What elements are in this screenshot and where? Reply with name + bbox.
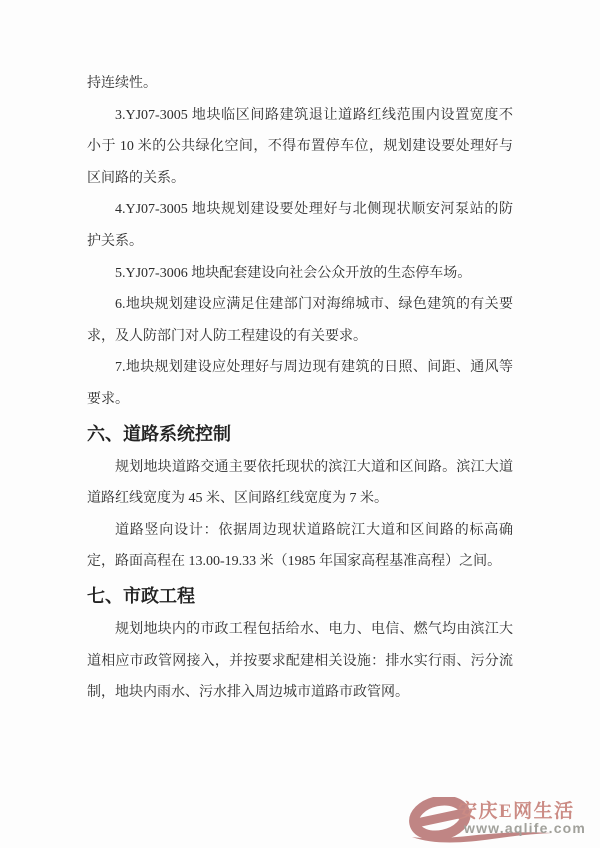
paragraph: 4.YJ07-3005 地块规划建设要处理好与北侧现状顺安河泵站的防 护关系。 [87,194,513,257]
paragraph-line: 小于 10 米的公共绿化空间，不得布置停车位，规划建设要处理好与 [87,131,513,163]
paragraph-line: 护关系。 [87,226,513,258]
watermark-site-url: www.aqlife.com [464,820,586,836]
paragraph-line: 持连续性。 [87,68,513,100]
paragraph-line: 规划地块内的市政工程包括给水、电力、电信、燃气均由滨江大 [87,614,513,646]
paragraph-line: 求，及人防部门对人防工程建设的有关要求。 [87,321,513,353]
paragraph: 持连续性。 [87,68,513,100]
paragraph-line: 6.地块规划建设应满足住建部门对海绵城市、绿色建筑的有关要 [87,289,513,321]
section-heading-road-system: 六、道路系统控制 [87,416,513,452]
paragraph-line: 道路红线宽度为 45 米、区间路红线宽度为 7 米。 [87,483,513,515]
paragraph-line: 规划地块道路交通主要依托现状的滨江大道和区间路。滨江大道 [87,452,513,484]
paragraph-line: 4.YJ07-3005 地块规划建设要处理好与北侧现状顺安河泵站的防 [87,194,513,226]
paragraph-line: 定，路面高程在 13.00-19.33 米（1985 年国家高程基准高程）之间。 [87,546,513,578]
paragraph: 3.YJ07-3005 地块临区间路建筑退让道路红线范围内设置宽度不 小于 10… [87,100,513,195]
paragraph: 7.地块规划建设应处理好与周边现有建筑的日照、间距、通风等 要求。 [87,352,513,415]
paragraph-line: 3.YJ07-3005 地块临区间路建筑退让道路红线范围内设置宽度不 [87,100,513,132]
paragraph: 道路竖向设计：依据周边现状道路皖江大道和区间路的标高确 定，路面高程在 13.0… [87,515,513,578]
paragraph: 5.YJ07-3006 地块配套建设向社会公众开放的生态停车场。 [87,258,513,290]
document-body: 持连续性。 3.YJ07-3005 地块临区间路建筑退让道路红线范围内设置宽度不… [87,68,513,709]
watermark-site-name: 安庆E网生活 [458,796,575,823]
paragraph: 规划地块道路交通主要依托现状的滨江大道和区间路。滨江大道 道路红线宽度为 45 … [87,452,513,515]
paragraph-line: 区间路的关系。 [87,163,513,195]
watermark: 安庆E网生活 www.aqlife.com [406,793,592,845]
paragraph: 规划地块内的市政工程包括给水、电力、电信、燃气均由滨江大 道相应市政管网接入，并… [87,614,513,709]
paragraph-line: 道路竖向设计：依据周边现状道路皖江大道和区间路的标高确 [87,515,513,547]
paragraph-line: 制，地块内雨水、污水排入周边城市道路市政管网。 [87,677,513,709]
paragraph: 6.地块规划建设应满足住建部门对海绵城市、绿色建筑的有关要 求，及人防部门对人防… [87,289,513,352]
paragraph-line: 5.YJ07-3006 地块配套建设向社会公众开放的生态停车场。 [87,258,513,290]
section-heading-municipal-engineering: 七、市政工程 [87,578,513,614]
document-page: 持连续性。 3.YJ07-3005 地块临区间路建筑退让道路红线范围内设置宽度不… [0,0,600,848]
paragraph-line: 7.地块规划建设应处理好与周边现有建筑的日照、间距、通风等 [87,352,513,384]
paragraph-line: 道相应市政管网接入，并按要求配建相关设施：排水实行雨、污分流 [87,646,513,678]
paragraph-line: 要求。 [87,384,513,416]
